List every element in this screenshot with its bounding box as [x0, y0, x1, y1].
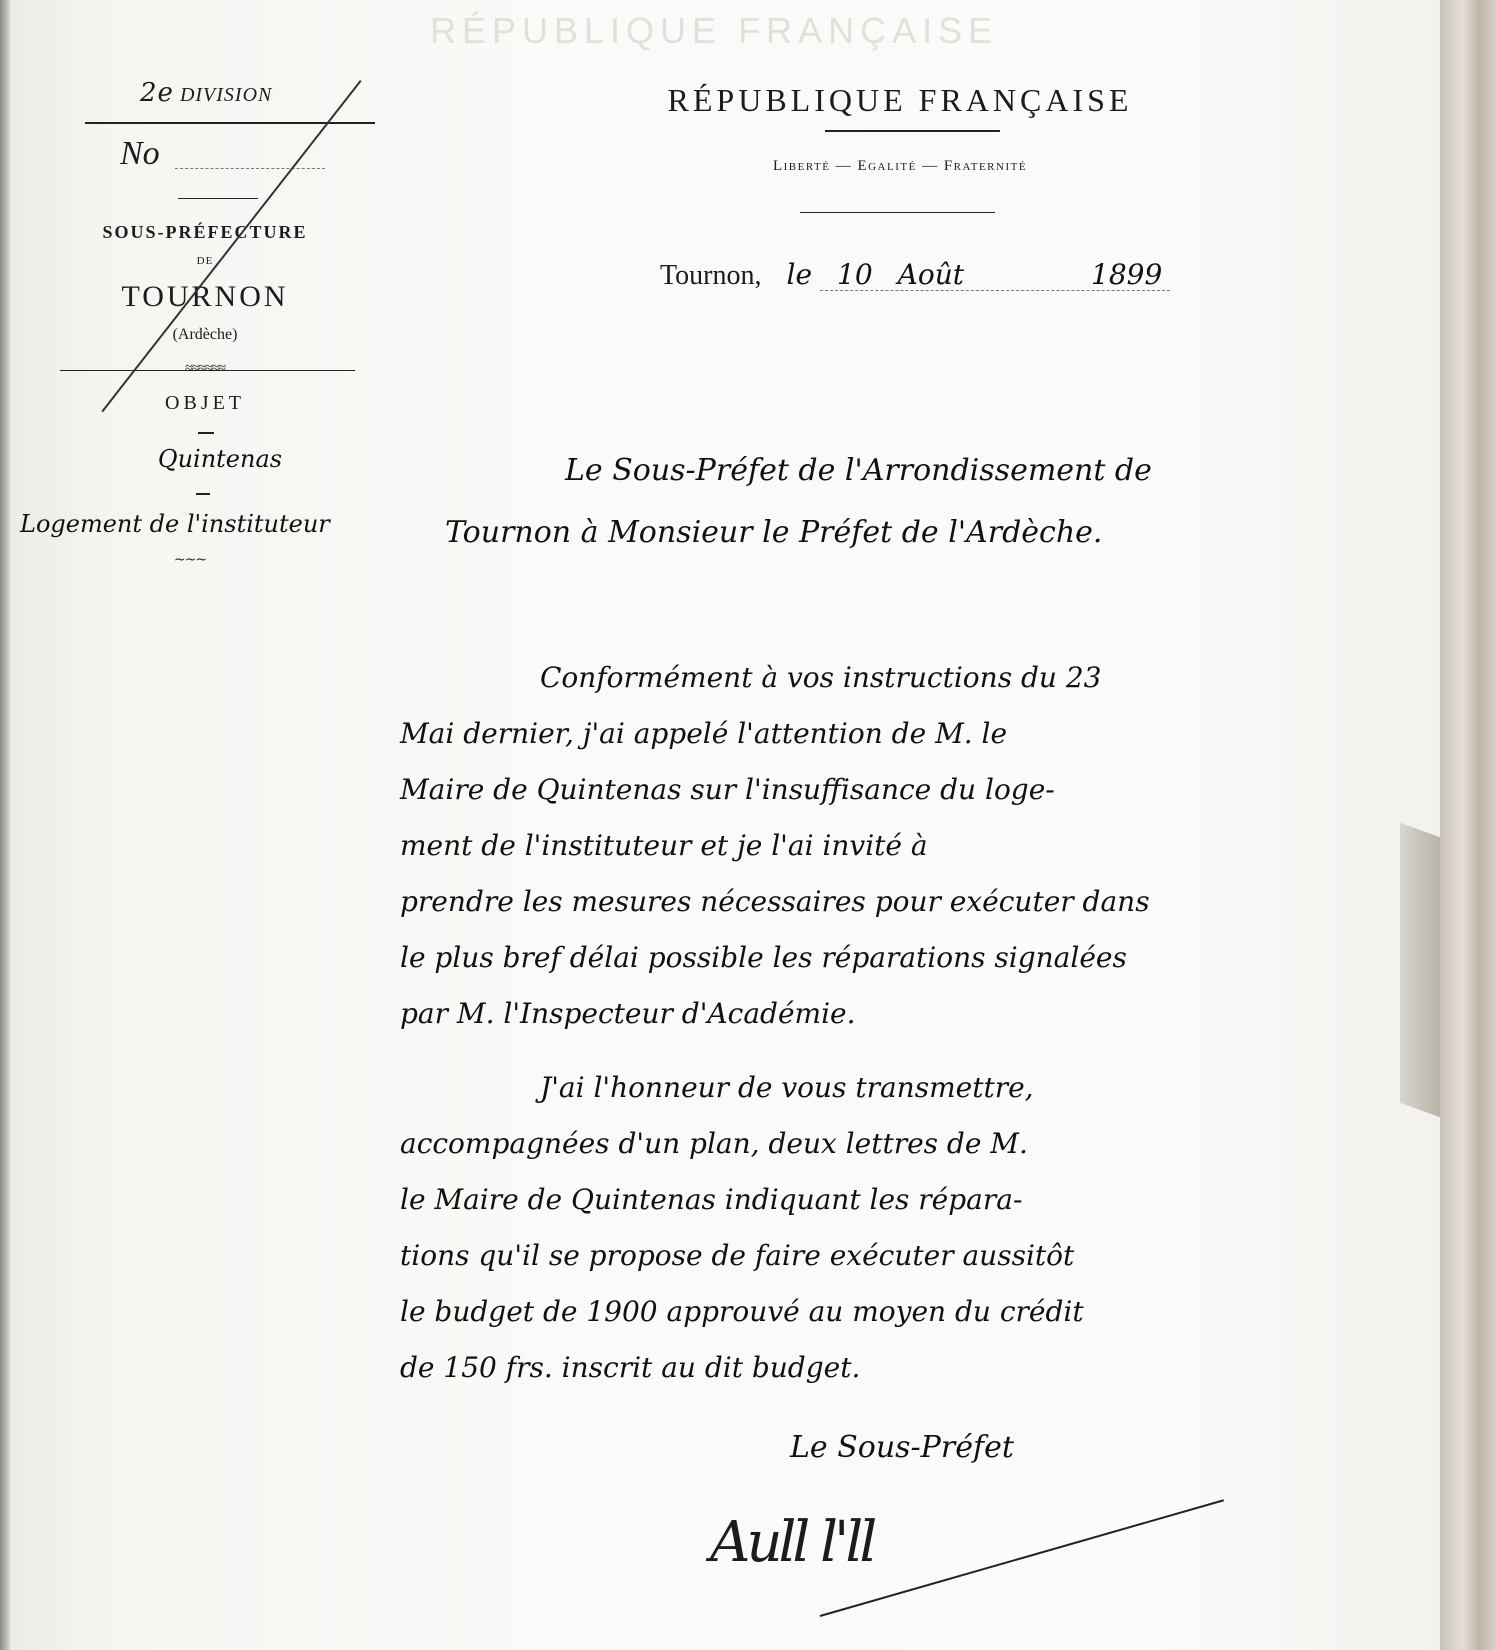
signature-underline	[820, 1499, 1224, 1617]
date-month: Août	[898, 258, 964, 291]
body-line: tions qu'il se propose de faire exécuter…	[400, 1228, 1440, 1284]
body-paragraph-2: J'ai l'honneur de vous transmettre, acco…	[400, 1060, 1440, 1396]
number-label: No	[120, 135, 160, 173]
office-name: SOUS-PRÉFECTURE	[60, 222, 350, 243]
divider	[85, 122, 375, 124]
page-shadow-edge	[0, 0, 10, 1650]
republic-title: RÉPUBLIQUE FRANÇAISE	[600, 82, 1200, 119]
divider	[825, 130, 1000, 132]
letter-page: RÉPUBLIQUE FRANÇAISE 2e DIVISION No SOUS…	[0, 0, 1440, 1650]
objet-subject: Logement de l'instituteur	[20, 510, 330, 538]
date-place: Tournon,	[660, 260, 761, 291]
body-line: Conformément à vos instructions du 23	[400, 650, 1440, 706]
ornament-divider	[800, 212, 995, 213]
page-fold	[1400, 823, 1440, 1118]
department-name: (Ardèche)	[60, 326, 350, 344]
motto: Liberté — Egalité — Fraternité	[600, 158, 1200, 175]
date-day: 10	[837, 258, 873, 291]
body-line: prendre les mesures nécessaires pour exé…	[400, 874, 1440, 930]
objet-commune: Quintenas	[120, 445, 320, 473]
body-line: ment de l'instituteur et je l'ai invité …	[400, 818, 1440, 874]
ornament-divider	[178, 198, 258, 199]
office-de: DE	[60, 255, 350, 267]
body-line: de 150 frs. inscrit au dit budget.	[400, 1340, 1440, 1396]
flourish: ~~~	[150, 552, 230, 568]
body-line: Mai dernier, j'ai appelé l'attention de …	[400, 706, 1440, 762]
body-line: le plus bref délai possible les réparati…	[400, 930, 1440, 986]
division-label: 2e DIVISION	[140, 78, 272, 108]
division-number: 2e	[140, 78, 174, 108]
paper-stack-edge	[1440, 0, 1496, 1650]
dash	[196, 493, 210, 495]
closing-title: Le Sous-Préfet	[790, 1430, 1014, 1465]
body-line: J'ai l'honneur de vous transmettre,	[400, 1060, 1440, 1116]
greeting-line-2: Tournon à Monsieur le Préfet de l'Ardèch…	[445, 502, 1435, 564]
body-line: par M. l'Inspecteur d'Académie.	[400, 986, 1440, 1042]
body-line: le Maire de Quintenas indiquant les répa…	[400, 1172, 1440, 1228]
date-le: le	[786, 258, 812, 291]
body-line: le budget de 1900 approuvé au moyen du c…	[400, 1284, 1440, 1340]
division-text: DIVISION	[180, 84, 272, 106]
dash	[198, 432, 214, 434]
greeting-line-1: Le Sous-Préfet de l'Arrondissement de	[445, 440, 1435, 502]
bleed-through-text: RÉPUBLIQUE FRANÇAISE	[430, 10, 998, 52]
town-name: TOURNON	[60, 280, 350, 314]
date-line: Tournon, le 10 Août 1899	[660, 258, 1180, 292]
number-field-line	[175, 168, 325, 169]
date-field-line	[820, 290, 1170, 291]
date-year: 1899	[1091, 258, 1162, 291]
signature: Aull l'll	[710, 1510, 873, 1575]
ornament: ≈≈≈≈≈≈	[150, 361, 260, 377]
body-paragraph-1: Conformément à vos instructions du 23 Ma…	[400, 650, 1440, 1042]
body-line: Maire de Quintenas sur l'insuffisance du…	[400, 762, 1440, 818]
addressee-block: Le Sous-Préfet de l'Arrondissement de To…	[445, 440, 1435, 564]
body-line: accompagnées d'un plan, deux lettres de …	[400, 1116, 1440, 1172]
